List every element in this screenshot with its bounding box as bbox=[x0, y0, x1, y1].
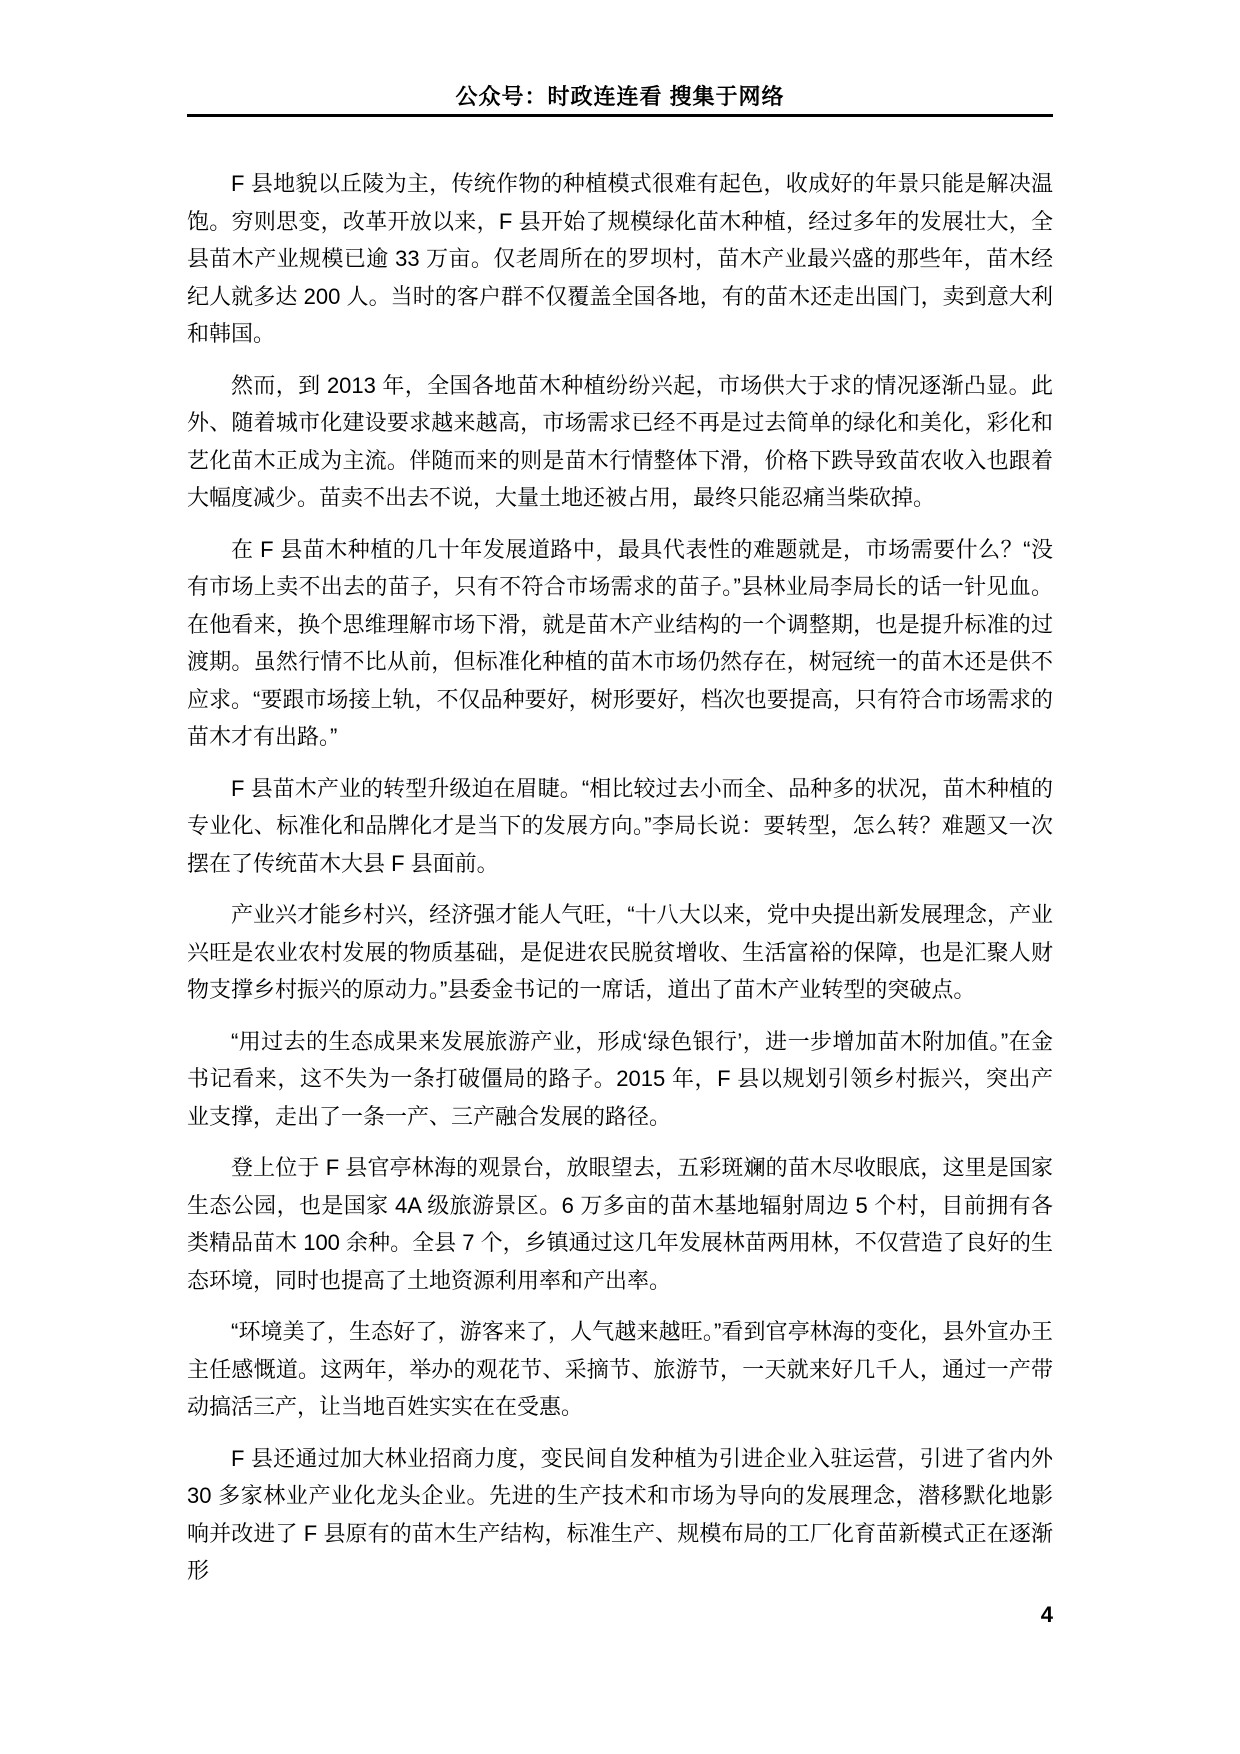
page-header-title: 公众号：时政连连看 搜集于网络 bbox=[187, 80, 1053, 111]
paragraph: 登上位于 F 县官亭林海的观景台，放眼望去，五彩斑斓的苗木尽收眼底，这里是国家生… bbox=[187, 1149, 1053, 1299]
header-divider bbox=[187, 114, 1053, 117]
paragraph: “用过去的生态成果来发展旅游产业，形成‘绿色银行’，进一步增加苗木附加值。”在金… bbox=[187, 1023, 1053, 1136]
paragraph: “环境美了，生态好了，游客来了，人气越来越旺。”看到官亭林海的变化，县外宣办王主… bbox=[187, 1313, 1053, 1426]
paragraph: F 县苗木产业的转型升级迫在眉睫。“相比较过去小而全、品种多的状况，苗木种植的专… bbox=[187, 770, 1053, 883]
paragraph: F 县地貌以丘陵为主，传统作物的种植模式很难有起色，收成好的年景只能是解决温饱。… bbox=[187, 165, 1053, 353]
page-number: 4 bbox=[187, 1602, 1053, 1628]
paragraph: F 县还通过加大林业招商力度，变民间自发种植为引进企业入驻运营，引进了省内外 3… bbox=[187, 1440, 1053, 1590]
paragraph: 产业兴才能乡村兴，经济强才能人气旺，“十八大以来，党中央提出新发展理念，产业兴旺… bbox=[187, 896, 1053, 1009]
document-page: 公众号：时政连连看 搜集于网络 F 县地貌以丘陵为主，传统作物的种植模式很难有起… bbox=[0, 0, 1240, 1754]
paragraph: 在 F 县苗木种植的几十年发展道路中，最具代表性的难题就是，市场需要什么？“没有… bbox=[187, 531, 1053, 756]
document-body: F 县地貌以丘陵为主，传统作物的种植模式很难有起色，收成好的年景只能是解决温饱。… bbox=[187, 165, 1053, 1604]
paragraph: 然而，到 2013 年，全国各地苗木种植纷纷兴起，市场供大于求的情况逐渐凸显。此… bbox=[187, 367, 1053, 517]
